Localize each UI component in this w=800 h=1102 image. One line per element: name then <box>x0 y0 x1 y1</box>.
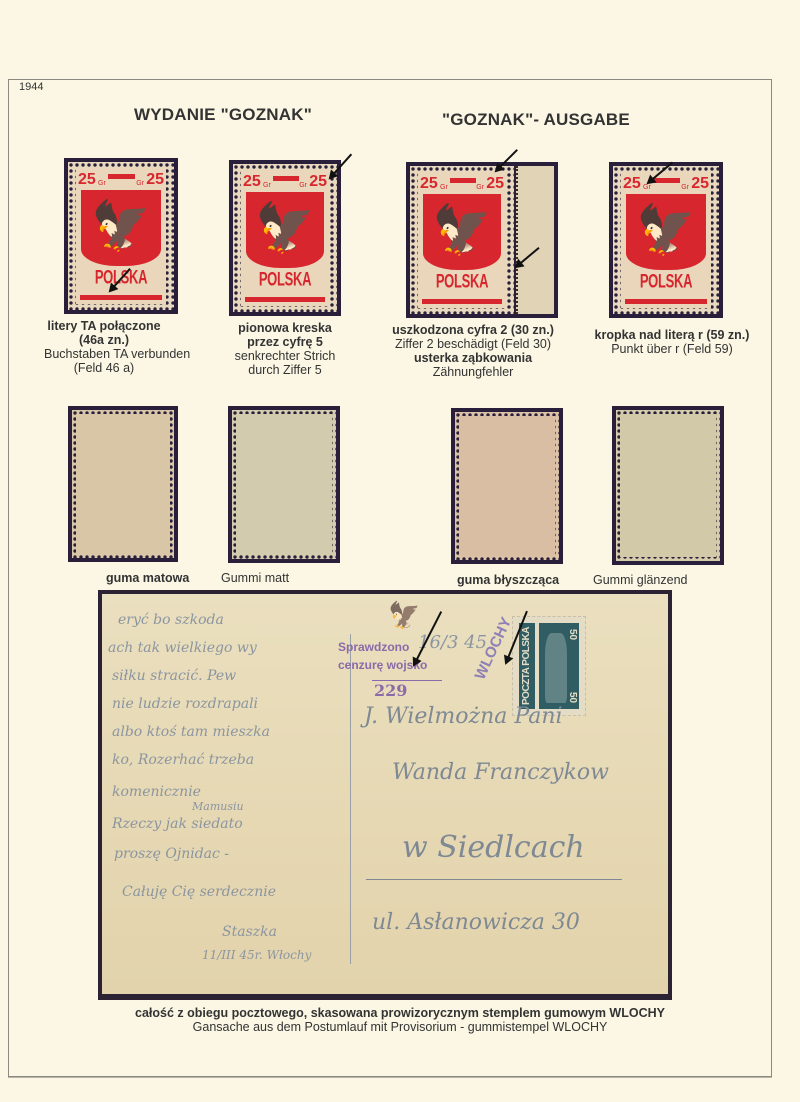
stamp-mount-4: 25 Gr Gr 25 🦅 POCZTA POLSKA <box>609 162 723 318</box>
message-line: albo ktoś tam mieszka <box>112 724 270 740</box>
message-line: proszę Ojnidac - <box>114 846 229 862</box>
message-line: ach tak wielkiego wy <box>108 640 257 656</box>
message-line: komenicznie <box>112 784 201 800</box>
stamp-3[interactable]: 25 Gr Gr 25 🦅 POCZTA POLSKA <box>410 166 514 314</box>
eagle-handstamp-icon: 🦅 <box>388 600 420 631</box>
message-line: ko, Rozerhać trzeba <box>112 752 254 768</box>
monument-figure-icon <box>545 633 567 703</box>
caption-stamp-4: kropka nad literą r (59 zn.) Punkt über … <box>584 328 760 356</box>
stamp-back-glossy-2[interactable] <box>612 406 724 565</box>
message-line: eryć bo szkoda <box>118 612 224 628</box>
postcard[interactable]: eryć bo szkoda ach tak wielkiego wy siłk… <box>102 594 668 994</box>
stamp-back-matte-1[interactable] <box>68 406 178 562</box>
stamp-back-glossy-1[interactable] <box>451 408 563 564</box>
stamp-mount-3: 25 Gr Gr 25 🦅 POCZTA POLSKA <box>406 162 558 318</box>
address-line: J. Wielmożna Pani <box>364 704 563 729</box>
caption-stamp-1: litery TA połączone (46a zn.) Buchstaben… <box>44 319 164 375</box>
address-line: Wanda Franczykow <box>392 760 609 785</box>
postage-stamp-50gr[interactable]: POCZTA POLSKA 50 50 <box>512 616 586 716</box>
message-line: siłku stracić. Pew <box>112 668 236 684</box>
stamp-1[interactable]: 25 Gr Gr 25 🦅 POCZTA POLSKA <box>68 162 174 310</box>
stamp-2[interactable]: 25 Gr Gr 25 🦅 POCZTA POLSKA <box>233 164 337 312</box>
postcard-mount: eryć bo szkoda ach tak wielkiego wy siłk… <box>98 590 672 1000</box>
label-matte-gum-de: Gummi matt <box>221 571 289 585</box>
stamp-back-matte-2[interactable] <box>228 406 340 563</box>
caption-stamp-3: uszkodzona cyfra 2 (30 zn.) Ziffer 2 bes… <box>386 323 560 379</box>
stamp-4[interactable]: 25 Gr Gr 25 🦅 POCZTA POLSKA <box>613 166 719 314</box>
heading-german: "GOZNAK"- AUSGABE <box>442 110 630 130</box>
message-line: 11/III 45r. Włochy <box>202 948 311 962</box>
message-line: Staszka <box>222 924 277 940</box>
caption-stamp-2: pionowa kreska przez cyfrę 5 senkrechter… <box>225 321 345 377</box>
message-line: nie ludzie rozdrapali <box>112 696 258 712</box>
label-glossy-gum-de: Gummi glänzend <box>593 573 688 587</box>
message-line: Rzeczy jak siedato <box>112 816 243 832</box>
censorship-stamp: Sprawdzono cenzurę wojsko 229 <box>338 638 427 674</box>
address-line: ul. Asłanowicza 30 <box>372 910 580 935</box>
label-matte-gum-pl: guma matowa <box>106 571 189 585</box>
stamp-mount-2: 25 Gr Gr 25 🦅 POCZTA POLSKA <box>229 160 341 316</box>
heading-polish: WYDANIE "GOZNAK" <box>134 105 312 125</box>
label-glossy-gum-pl: guma błyszcząca <box>457 573 559 587</box>
stamp-mount-1: 25 Gr Gr 25 🦅 POCZTA POLSKA <box>64 158 178 314</box>
postcard-caption: całość z obiegu pocztowego, skasowana pr… <box>0 1006 800 1034</box>
address-line: w Siedlcach <box>402 830 585 865</box>
postcard-divider-line <box>350 634 351 964</box>
year-label: 1944 <box>19 81 43 93</box>
sheet-margin-selvage <box>516 166 554 314</box>
message-line: Mamusiu <box>192 800 244 813</box>
message-line: Całuję Cię serdecznie <box>122 884 276 900</box>
